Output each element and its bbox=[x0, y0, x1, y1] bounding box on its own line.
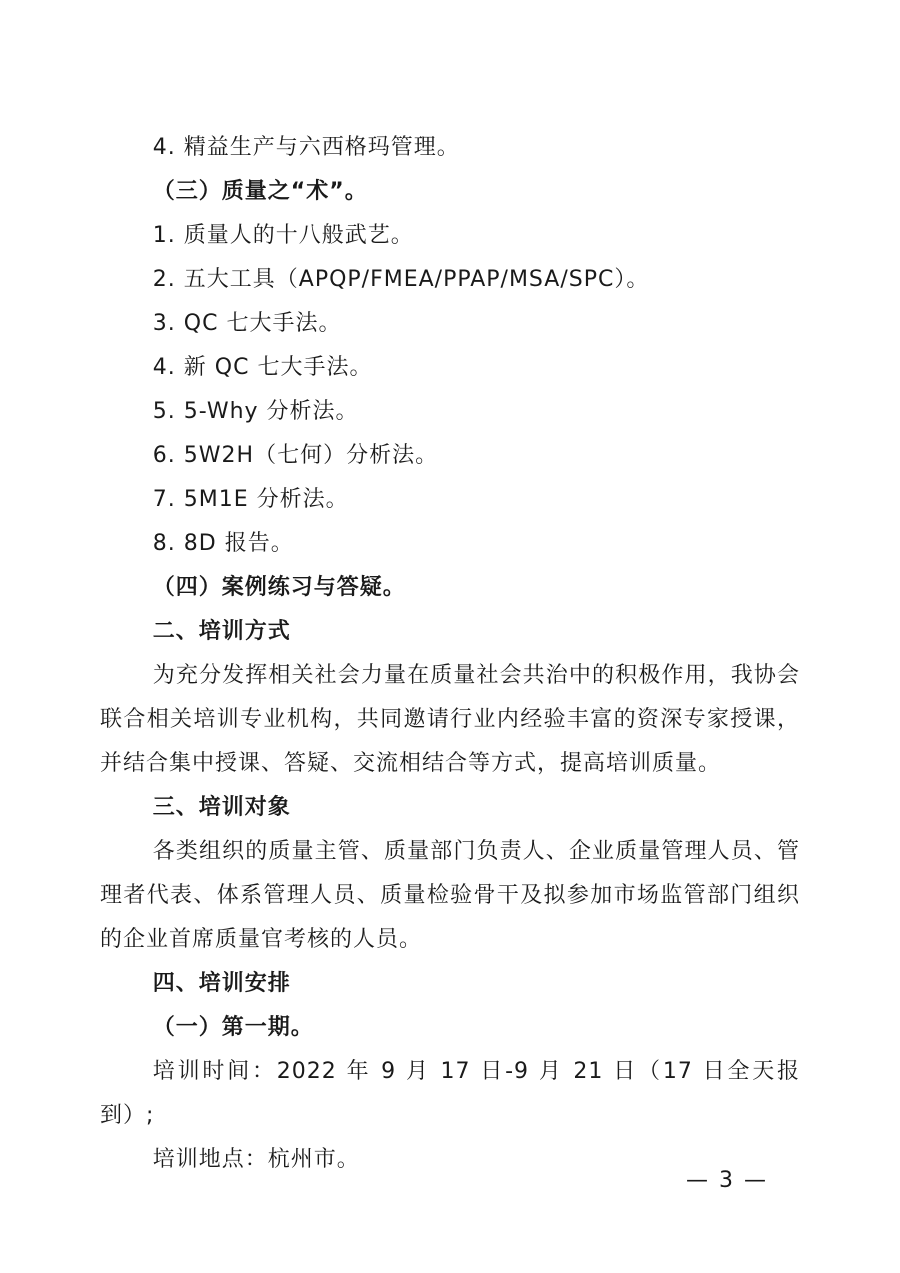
list-item: 6. 5W2H（七何）分析法。 bbox=[100, 434, 800, 478]
section-heading: （三）质量之“术”。 bbox=[100, 170, 800, 214]
list-item: 5. 5-Why 分析法。 bbox=[100, 390, 800, 434]
list-item: 4. 新 QC 七大手法。 bbox=[100, 346, 800, 390]
list-item: 1. 质量人的十八般武艺。 bbox=[100, 214, 800, 258]
chapter-heading: 三、培训对象 bbox=[100, 786, 800, 830]
detail-line: 培训时间：2022 年 9 月 17 日-9 月 21 日（17 日全天报到）; bbox=[100, 1050, 800, 1138]
section-heading: （一）第一期。 bbox=[100, 1006, 800, 1050]
document-content: 4. 精益生产与六西格玛管理。 （三）质量之“术”。 1. 质量人的十八般武艺。… bbox=[0, 0, 900, 1182]
chapter-heading: 四、培训安排 bbox=[100, 962, 800, 1006]
section-heading: （四）案例练习与答疑。 bbox=[100, 566, 800, 610]
chapter-heading: 二、培训方式 bbox=[100, 610, 800, 654]
list-item: 7. 5M1E 分析法。 bbox=[100, 478, 800, 522]
list-item: 8. 8D 报告。 bbox=[100, 522, 800, 566]
body-paragraph: 为充分发挥相关社会力量在质量社会共治中的积极作用，我协会联合相关培训专业机构，共… bbox=[100, 654, 800, 786]
document-page: 4. 精益生产与六西格玛管理。 （三）质量之“术”。 1. 质量人的十八般武艺。… bbox=[0, 0, 900, 1273]
body-paragraph: 各类组织的质量主管、质量部门负责人、企业质量管理人员、管理者代表、体系管理人员、… bbox=[100, 830, 800, 962]
list-item: 4. 精益生产与六西格玛管理。 bbox=[100, 126, 800, 170]
list-item: 2. 五大工具（APQP/FMEA/PPAP/MSA/SPC）。 bbox=[100, 258, 800, 302]
page-number: — 3 — bbox=[686, 1168, 768, 1193]
list-item: 3. QC 七大手法。 bbox=[100, 302, 800, 346]
